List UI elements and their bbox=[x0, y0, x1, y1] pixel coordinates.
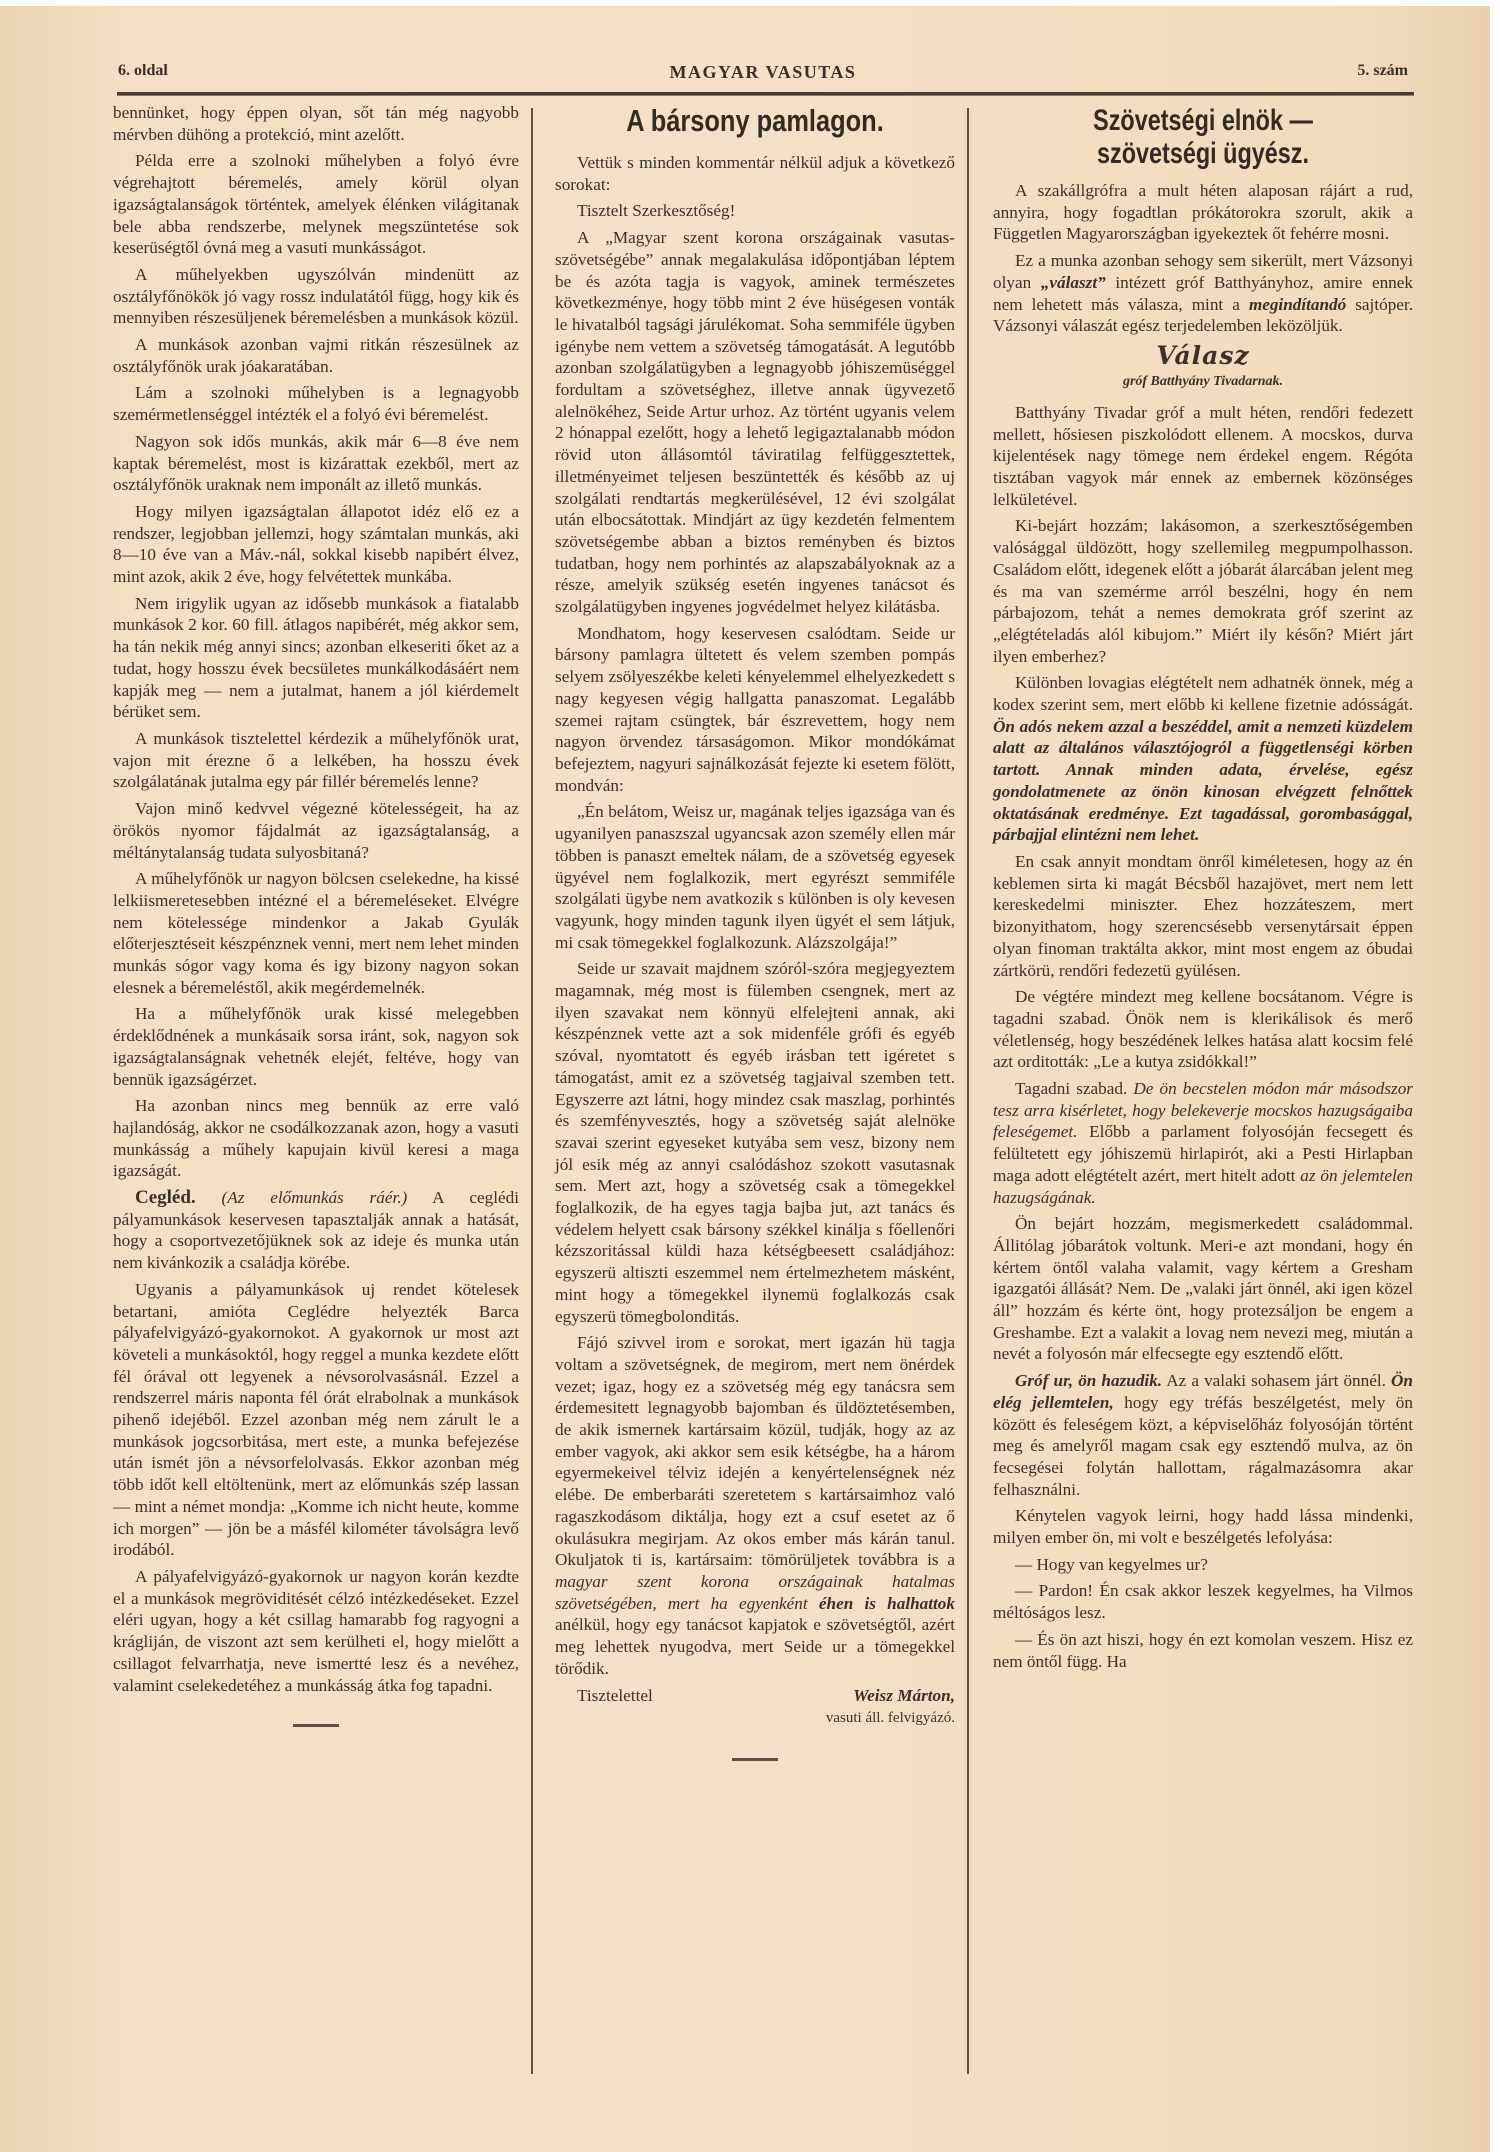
paragraph-text: Tagadni szabad. bbox=[1015, 1079, 1133, 1098]
emphasis-bold-italic: „választ” bbox=[1041, 273, 1106, 292]
sign-off: Tisztelettel bbox=[577, 1685, 653, 1707]
column-left: bennünket, hogy éppen olyan, sőt tán még… bbox=[113, 102, 519, 1727]
paragraph: Kénytelen vagyok leirni, hogy hadd lássa… bbox=[993, 1505, 1413, 1548]
paragraph: Ha azonban nincs meg bennük az erre való… bbox=[113, 1095, 519, 1182]
paragraph: En csak annyit mondtam önről kiméletesen… bbox=[993, 851, 1413, 981]
column-right: Szövetségi elnök — szövetségi ügyész. A … bbox=[993, 102, 1413, 1677]
emphasis-bold-italic: Ön adós nekem azzal a beszéddel, amit a … bbox=[993, 717, 1413, 845]
issue-number: 5. szám bbox=[1357, 62, 1408, 80]
publication-title: MAGYAR VASUTAS bbox=[118, 62, 1408, 83]
paragraph-text: Fájó szivvel irom e sorokat, mert igazán… bbox=[555, 1333, 955, 1569]
column-divider bbox=[967, 108, 969, 2074]
signature-name: Weisz Márton, bbox=[853, 1685, 955, 1707]
paragraph: Mondhatom, hogy keservesen csalódtam. Se… bbox=[555, 623, 955, 797]
paragraph: Seide ur szavait majdnem szóról-szóra me… bbox=[555, 958, 955, 1327]
paragraph: Nagyon sok idős munkás, akik már 6—8 éve… bbox=[113, 431, 519, 496]
letter-addressee: gróf Batthyány Tivadarnak. bbox=[993, 372, 1413, 392]
paragraph-text: anélkül, hogy egy tanácsot kapjatok e sz… bbox=[555, 1615, 955, 1677]
paragraph: Ön bejárt hozzám, megismerkedett családo… bbox=[993, 1213, 1413, 1365]
paragraph: Batthyány Tivadar gróf a mult héten, ren… bbox=[993, 402, 1413, 511]
paragraph: Ki-bejárt hozzám; lakásomon, a szerkeszt… bbox=[993, 515, 1413, 667]
header-rule bbox=[117, 92, 1414, 95]
paragraph: Tagadni szabad. De ön becstelen módon má… bbox=[993, 1078, 1413, 1208]
signature-block: Tisztelettel Weisz Márton, bbox=[555, 1685, 955, 1707]
emphasis-bold-italic: éhen is halhattok bbox=[819, 1594, 955, 1613]
paragraph: Ugyanis a pályamunkások uj rendet kötele… bbox=[113, 1279, 519, 1561]
paragraph: A műhelyfőnök ur nagyon bölcsen cseleked… bbox=[113, 868, 519, 998]
article-headline: Szövetségi elnök — szövetségi ügyész. bbox=[1039, 104, 1367, 170]
article-end-mark bbox=[293, 1724, 339, 1727]
paragraph: A szakállgrófra a mult héten alaposan rá… bbox=[993, 180, 1413, 245]
paragraph: Példa erre a szolnoki műhelyben a folyó … bbox=[113, 150, 519, 259]
letter-heading: Válasz bbox=[993, 342, 1413, 370]
paragraph: Fájó szivvel irom e sorokat, mert igazán… bbox=[555, 1332, 955, 1679]
article-end-mark bbox=[732, 1758, 778, 1761]
article-headline: A bársony pamlagon. bbox=[591, 104, 919, 138]
paragraph: A pályafelvigyázó-gyakornok ur nagyon ko… bbox=[113, 1566, 519, 1696]
salutation: Tisztelt Szerkesztőség! bbox=[555, 200, 955, 222]
cegled-paragraph: Cegléd. (Az előmunkás ráér.) A ceglédi p… bbox=[113, 1187, 519, 1274]
paragraph: Hogy milyen igazságtalan állapotot idéz … bbox=[113, 501, 519, 588]
paragraph: Lám a szolnoki műhelyben is a legnagyobb… bbox=[113, 382, 519, 425]
column-divider bbox=[531, 108, 533, 2074]
signature-role: vasuti áll. felvigyázó. bbox=[555, 1708, 955, 1730]
paragraph: Nem irigylik ugyan az idősebb munkások a… bbox=[113, 593, 519, 723]
dialogue-line: — Hogy van kegyelmes ur? bbox=[993, 1554, 1413, 1576]
cegled-subtitle: (Az előmunkás ráér.) bbox=[222, 1188, 408, 1207]
dialogue-line: — És ön azt hiszi, hogy én ezt komolan v… bbox=[993, 1629, 1413, 1672]
paragraph: A műhelyekben ugyszólván mindenütt az os… bbox=[113, 264, 519, 329]
newspaper-page: 6. oldal MAGYAR VASUTAS 5. szám bennünke… bbox=[0, 6, 1490, 2152]
paragraph: A munkások azonban vajmi ritkán részesül… bbox=[113, 334, 519, 377]
paragraph-text: Az a valaki sohasem járt önnél. bbox=[1162, 1371, 1391, 1390]
page-header: 6. oldal MAGYAR VASUTAS 5. szám bbox=[118, 62, 1408, 84]
paragraph: Ez a munka azonban sehogy sem sikerült, … bbox=[993, 250, 1413, 337]
intro-paragraph: Vettük s minden kommentár nélkül adjuk a… bbox=[555, 152, 955, 195]
paragraph: Különben lovagias elégtételt nem adhatné… bbox=[993, 672, 1413, 846]
paragraph: A „Magyar szent korona országainak vasut… bbox=[555, 227, 955, 618]
column-middle: A bársony pamlagon. Vettük s minden komm… bbox=[555, 102, 955, 1761]
emphasis-bold-italic: Gróf ur, ön hazudik. bbox=[1015, 1371, 1162, 1390]
paragraph: Vajon minő kedvvel végezné kötelességeit… bbox=[113, 798, 519, 863]
paragraph: A munkások tisztelettel kérdezik a műhel… bbox=[113, 728, 519, 793]
paragraph: Gróf ur, ön hazudik. Az a valaki sohasem… bbox=[993, 1370, 1413, 1500]
emphasis-bold-italic: megindítandó bbox=[1249, 295, 1346, 314]
cegled-heading: Cegléd. bbox=[135, 1187, 196, 1208]
paragraph: De végtére mindezt meg kellene bocsátano… bbox=[993, 986, 1413, 1073]
paragraph-text: Különben lovagias elégtételt nem adhatné… bbox=[993, 673, 1413, 714]
paragraph: bennünket, hogy éppen olyan, sőt tán még… bbox=[113, 102, 519, 145]
dialogue-line: — Pardon! Én csak akkor leszek kegyelmes… bbox=[993, 1580, 1413, 1623]
paragraph: „Én belátom, Weisz ur, magának teljes ig… bbox=[555, 801, 955, 953]
paragraph: Ha a műhelyfőnök urak kissé melegebben é… bbox=[113, 1003, 519, 1090]
